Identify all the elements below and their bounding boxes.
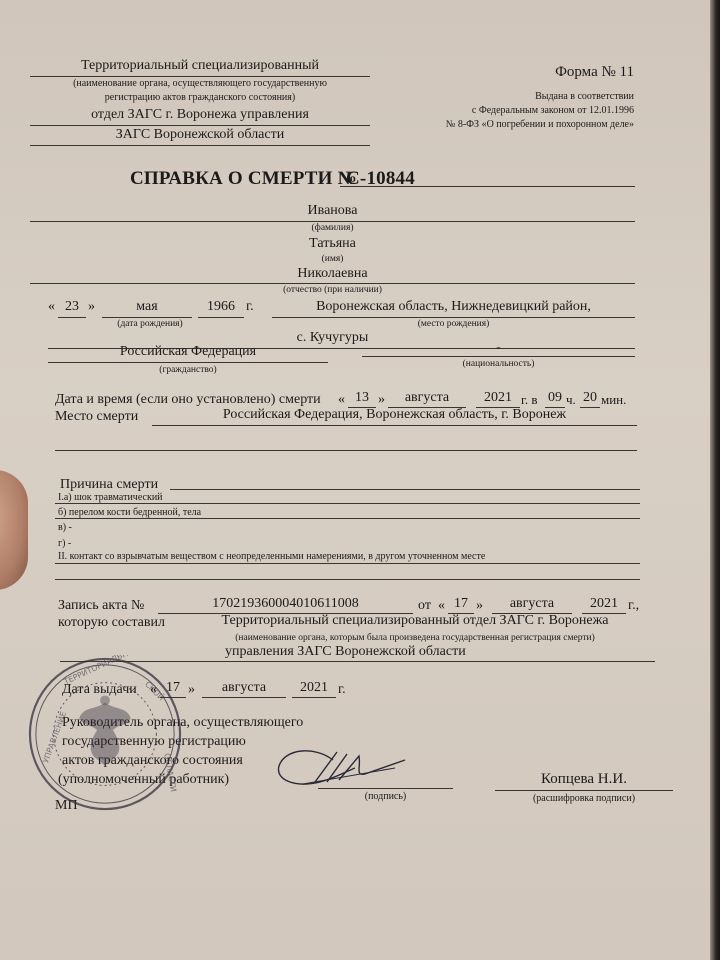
death-hour-suffix: ч. — [566, 392, 576, 408]
cause-b: б) перелом кости бедренной, тела — [58, 507, 201, 518]
death-hour: 09 — [545, 390, 565, 406]
death-year-in: г. в — [521, 392, 538, 408]
handwritten-signature — [275, 738, 415, 793]
citizenship: Российская Федерация — [48, 344, 328, 360]
first-name: Татьяна — [30, 236, 635, 252]
birth-day: 23 — [58, 299, 86, 315]
death-place: Российская Федерация, Воронежская област… — [152, 407, 637, 423]
patronymic: Николаевна — [30, 266, 635, 282]
death-place-label: Место смерти — [55, 409, 138, 425]
cause-g: г) - — [58, 538, 71, 549]
signer-caption: (расшифровка подписи) — [495, 793, 673, 804]
rule — [30, 76, 370, 77]
issuer-line-3: ЗАГС Воронежской области — [30, 127, 370, 143]
cause-ii: II. контакт со взрывчатым веществом с не… — [58, 551, 485, 562]
rule — [55, 450, 637, 451]
citizenship-caption: (гражданство) — [48, 365, 328, 375]
rule — [30, 283, 635, 284]
svg-text:УПРАВЛЕНИЕ: УПРАВЛЕНИЕ — [41, 710, 68, 764]
birth-date-caption: (дата рождения) — [100, 319, 200, 329]
death-month: августа — [388, 390, 466, 406]
record-compiled-by-2: управления ЗАГС Воронежской области — [225, 644, 466, 660]
record-compiled-label: которую составил — [58, 615, 165, 631]
cause-v: в) - — [58, 522, 72, 533]
legal-basis-3: № 8-ФЗ «О погребении и похоронном деле» — [380, 119, 634, 130]
nationality: - — [362, 340, 635, 356]
rule — [102, 317, 192, 318]
birth-month: мая — [102, 299, 192, 315]
eagle-emblem-icon — [79, 702, 130, 765]
issue-month: августа — [202, 680, 286, 696]
signer-name: Копцева Н.И. — [495, 771, 673, 788]
legal-basis-1: Выдана в соответствии — [400, 91, 634, 102]
birth-place-caption: (место рождения) — [272, 319, 635, 329]
death-datetime-label: Дата и время (если оно установлено) смер… — [55, 392, 321, 408]
rule — [30, 221, 635, 222]
rule — [362, 356, 635, 357]
record-month: августа — [492, 596, 572, 612]
rule — [30, 125, 370, 126]
cause-label: Причина смерти — [60, 477, 158, 493]
official-seal-stamp: УПРАВЛЕНИЕ ТЕРРИТОРИАЛЬНЫЙ СКОЙ ОБЛАСТИ — [26, 655, 184, 813]
birth-year: 1966 — [198, 299, 244, 315]
rule — [30, 145, 370, 146]
rule — [495, 790, 673, 791]
death-minute-suffix: мин. — [601, 392, 626, 408]
surname: Иванова — [30, 203, 635, 219]
death-minute: 20 — [580, 390, 600, 406]
record-compiled-by-1: Территориальный специализированный отдел… — [195, 613, 635, 629]
finger-holding-paper — [0, 470, 28, 590]
record-label: Запись акта № — [58, 598, 144, 614]
rule — [292, 697, 336, 698]
paper-edge-shadow — [710, 0, 720, 960]
rule — [55, 563, 640, 564]
svg-text:СКОЙ: СКОЙ — [143, 678, 167, 702]
legal-basis-2: с Федеральным законом от 12.01.1996 — [400, 105, 634, 116]
patronymic-caption: (отчество (при наличии) — [30, 285, 635, 295]
issuer-line-2: отдел ЗАГС г. Воронежа управления — [30, 107, 370, 123]
issuer-caption-2: регистрацию актов гражданского состояния… — [30, 92, 370, 103]
first-name-caption: (имя) — [30, 254, 635, 264]
birth-place-1: Воронежская область, Нижнедевицкий район… — [272, 299, 635, 315]
rule — [198, 317, 244, 318]
issuer-line-1: Территориальный специализированный — [30, 58, 370, 74]
rule — [55, 579, 640, 580]
certificate-title: СПРАВКА О СМЕРТИ № — [130, 168, 357, 190]
issue-year: 2021 — [292, 680, 336, 696]
cause-a: I.а) шок травматический — [58, 492, 163, 503]
rule — [152, 425, 637, 426]
rule — [272, 317, 635, 318]
rule — [55, 503, 640, 504]
rule — [202, 697, 286, 698]
record-year: 2021 — [582, 596, 626, 612]
nationality-caption: (национальность) — [362, 359, 635, 369]
rule — [340, 186, 635, 187]
rule — [58, 317, 86, 318]
rule — [55, 518, 640, 519]
issue-year-suffix: г. — [338, 682, 346, 698]
surname-caption: (фамилия) — [30, 223, 635, 233]
record-number: 170219360004010611008 — [158, 596, 413, 612]
death-day: 13 — [348, 390, 376, 406]
record-year-suffix: г., — [628, 598, 639, 614]
rule — [170, 489, 640, 490]
rule — [48, 362, 328, 363]
record-day: 17 — [448, 596, 474, 612]
issuer-caption: (наименование органа, осуществляющего го… — [30, 78, 370, 89]
birth-year-suffix: г. — [246, 299, 254, 315]
death-year: 2021 — [476, 390, 520, 406]
form-number: Форма № 11 — [440, 64, 634, 81]
record-from-label: от — [418, 598, 431, 614]
record-compiled-caption: (наименование органа, которым была произ… — [195, 633, 635, 643]
svg-text:ТЕРРИТОРИАЛЬНЫЙ: ТЕРРИТОРИАЛЬНЫЙ — [61, 655, 141, 687]
